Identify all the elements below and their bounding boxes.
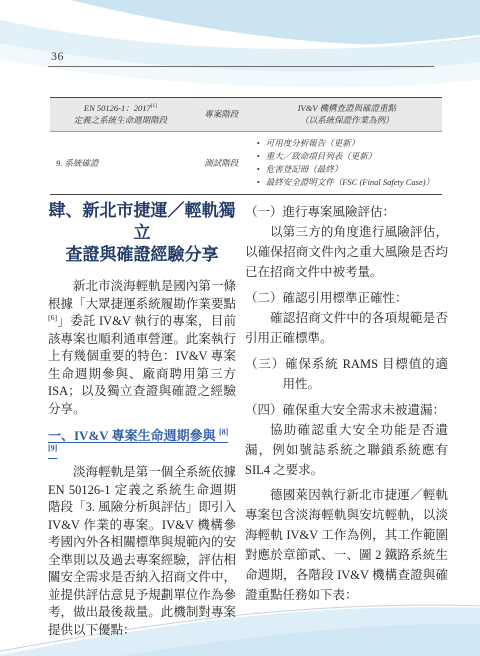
document-page: { "page": { "number": "36" }, "colors": … xyxy=(0,0,480,656)
paragraph-text: 」委託 IV&V 執行的專案，目前該專案也順利通車營運。此案執行上有幾個重要的特… xyxy=(48,314,236,416)
citation-ref: [1] xyxy=(151,103,157,109)
numbered-item-head: （四）確保重大安全需求未被遺漏： xyxy=(245,400,448,420)
table-header-project-phase: 專案階段 xyxy=(191,98,252,132)
left-column: 肆、新北市捷運／輕軌獨立 查證與確證經驗分享 新北市淡海輕軌是國內第一條根據「大… xyxy=(48,196,236,639)
numbered-item-body: 確認招商文件中的各項規範是否引用正確標準。 xyxy=(245,308,448,348)
subheading-text: 一、IV&V 專案生命週期參與 xyxy=(48,428,216,443)
numbered-item-body: 以第三方的角度進行風險評估，以確保招商文件內之重大風險是否均已在招商文件中被考量… xyxy=(245,222,448,282)
ivv-focus-note: （以系統保證作業為例） xyxy=(300,115,394,125)
right-column: （一）進行專案風險評估： 以第三方的角度進行風險評估，以確保招商文件內之重大風險… xyxy=(245,196,448,639)
two-column-body: 肆、新北市捷運／輕軌獨立 查證與確證經驗分享 新北市淡海輕軌是國內第一條根據「大… xyxy=(48,196,448,639)
standard-name: EN 50126-1：2017 xyxy=(84,103,151,113)
table-body: 9. 系統確證 測試階段 可用度分析報告（更新） 重大／致命項目列表（更新） 危… xyxy=(50,131,442,195)
paragraph-intro: 新北市淡海輕軌是國內第一條根據「大眾捷運系統履勘作業要點[6]」委託 IV&V … xyxy=(48,278,236,418)
numbered-item-head: （一）進行專案風險評估： xyxy=(245,202,448,222)
standard-desc: 定義之系統生命週期階段 xyxy=(74,115,168,125)
list-item: 危害登記冊（最終） xyxy=(255,163,439,176)
cell-lifecycle-stage: 9. 系統確證 xyxy=(50,131,191,195)
list-item: 最終安全證明文件（FSC (Final Safety Case)） xyxy=(255,176,439,189)
citation-ref: [9] xyxy=(48,444,57,453)
cell-project-phase: 測試階段 xyxy=(191,131,252,195)
paragraph-closing: 德國萊因執行新北市捷運／輕軌專案包含淡海輕軌與安坑輕軌，以淡海輕軌 IV&V 工… xyxy=(245,485,448,605)
list-item: 重大／致命項目列表（更新） xyxy=(255,150,439,163)
page-number: 36 xyxy=(51,49,64,64)
list-item: 可用度分析報告（更新） xyxy=(255,137,439,150)
numbered-item-body: 協助確認重大安全功能是否遺漏，例如號誌系統之聯鎖系統應有 SIL4 之要求。 xyxy=(245,420,448,480)
top-wave-decoration xyxy=(0,0,480,96)
chapter-heading: 肆、新北市捷運／輕軌獨立 查證與確證經驗分享 xyxy=(48,200,236,266)
citation-ref: [6] xyxy=(48,313,57,322)
table-row: 9. 系統確證 測試階段 可用度分析報告（更新） 重大／致命項目列表（更新） 危… xyxy=(50,131,442,195)
cell-ivv-deliverables: 可用度分析報告（更新） 重大／致命項目列表（更新） 危害登記冊（最終） 最終安全… xyxy=(252,131,442,195)
numbered-item-head: （三）確保系統 RAMS 目標值的適用性。 xyxy=(245,354,448,394)
table-header-ivv-focus: IV&V 機構查證與確證重點 （以系統保證作業為例） xyxy=(252,98,442,132)
deliverables-list: 可用度分析報告（更新） 重大／致命項目列表（更新） 危害登記冊（最終） 最終安全… xyxy=(255,137,439,190)
lifecycle-table: EN 50126-1：2017[1] 定義之系統生命週期階段 專案階段 IV&V… xyxy=(50,97,442,195)
paragraph-text: 新北市淡海輕軌是國內第一條根據「大眾捷運系統履勘作業要點 xyxy=(48,279,236,311)
citation-ref: [8] xyxy=(219,428,228,437)
header-rule xyxy=(48,66,434,67)
table-header: EN 50126-1：2017[1] 定義之系統生命週期階段 專案階段 IV&V… xyxy=(50,98,442,132)
chapter-heading-line1: 肆、新北市捷運／輕軌獨立 xyxy=(49,201,236,242)
chapter-heading-line2: 查證與確證經驗分享 xyxy=(66,245,219,264)
numbered-item-head: （二）確認引用標準正確性： xyxy=(245,288,448,308)
table-header-lifecycle-stage: EN 50126-1：2017[1] 定義之系統生命週期階段 xyxy=(50,98,191,132)
section-subheading: 一、IV&V 專案生命週期參與 [8] [9] xyxy=(48,425,236,460)
paragraph-lifecycle: 淡海輕軌是第一個全系統依據 EN 50126-1 定義之系統生命週期階段「3. … xyxy=(48,464,236,639)
ivv-focus-title: IV&V 機構查證與確證重點 xyxy=(298,103,396,113)
